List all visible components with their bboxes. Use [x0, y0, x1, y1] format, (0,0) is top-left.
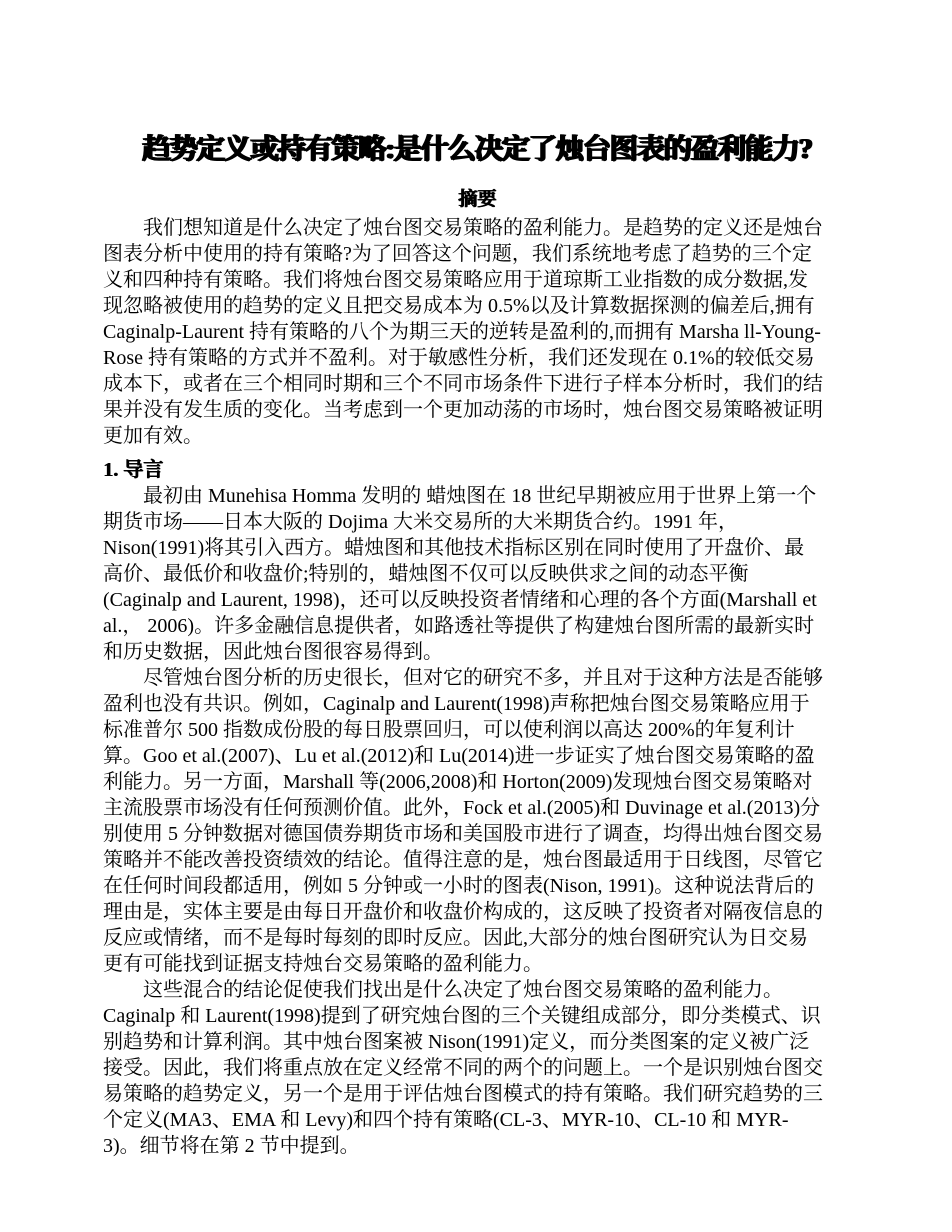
text-line: 别使用 5 分钟数据对德国债券期货市场和美国股市进行了调查，均得出烛台图交易: [103, 821, 851, 847]
text-line: (Caginalp and Laurent, 1998)，还可以反映投资者情绪和…: [103, 587, 851, 613]
paper-title: 趋势定义或持有策略:是什么决定了烛台图表的盈利能力?: [103, 133, 851, 167]
text-line: 反应或情绪，而不是每时每刻的即时反应。因此,大部分的烛台图研究认为日交易: [103, 925, 851, 951]
text-line: 现忽略被使用的趋势的定义且把交易成本为 0.5%以及计算数据探测的偏差后,拥有: [103, 293, 851, 319]
text-line: 3)。细节将在第 2 节中提到。: [103, 1133, 851, 1159]
text-line: 更有可能找到证据支持烛台交易策略的盈利能力。: [103, 951, 851, 977]
text-line: 成本下，或者在三个相同时期和三个不同市场条件下进行子样本分析时，我们的结: [103, 371, 851, 397]
text-line: 最初由 Munehisa Homma 发明的 蜡烛图在 18 世纪早期被应用于世…: [103, 483, 851, 509]
text-line: 个定义(MA3、EMA 和 Levy)和四个持有策略(CL-3、MYR-10、C…: [103, 1107, 851, 1133]
abstract-heading: 摘要: [103, 187, 851, 213]
text-line: Caginalp 和 Laurent(1998)提到了研究烛台图的三个关键组成部…: [103, 1003, 851, 1029]
text-line: Caginalp-Laurent 持有策略的八个为期三天的逆转是盈利的,而拥有 …: [103, 319, 851, 345]
text-line: 我们想知道是什么决定了烛台图交易策略的盈利能力。是趋势的定义还是烛台: [103, 215, 851, 241]
text-line: 利能力。另一方面，Marshall 等(2006,2008)和 Horton(2…: [103, 769, 851, 795]
text-line: 策略并不能改善投资绩效的结论。值得注意的是，烛台图最适用于日线图，尽管它: [103, 847, 851, 873]
text-line: 果并没有发生质的变化。当考虑到一个更加动荡的市场时，烛台图交易策略被证明: [103, 397, 851, 423]
text-line: 盈利也没有共识。例如，Caginalp and Laurent(1998)声称把…: [103, 691, 851, 717]
intro-paragraph-2: 尽管烛台图分析的历史很长，但对它的研究不多，并且对于这种方法是否能够盈利也没有共…: [103, 665, 851, 977]
document-content: 趋势定义或持有策略:是什么决定了烛台图表的盈利能力? 摘要 我们想知道是什么决定…: [103, 133, 851, 1159]
text-line: 尽管烛台图分析的历史很长，但对它的研究不多，并且对于这种方法是否能够: [103, 665, 851, 691]
text-line: 易策略的趋势定义，另一个是用于评估烛台图模式的持有策略。我们研究趋势的三: [103, 1081, 851, 1107]
text-line: 图表分析中使用的持有策略?为了回答这个问题，我们系统地考虑了趋势的三个定: [103, 241, 851, 267]
text-line: 更加有效。: [103, 423, 851, 449]
text-line: Nison(1991)将其引入西方。蜡烛图和其他技术指标区别在同时使用了开盘价、…: [103, 535, 851, 561]
text-line: 标准普尔 500 指数成份股的每日股票回归，可以使利润以高达 200%的年复利计: [103, 717, 851, 743]
section-heading-introduction: 1. 导言: [103, 457, 851, 483]
text-line: 别趋势和计算利润。其中烛台图案被 Nison(1991)定义，而分类图案的定义被…: [103, 1029, 851, 1055]
text-line: 期货市场——日本大阪的 Dojima 大米交易所的大米期货合约。1991 年，: [103, 509, 851, 535]
document-page: 趋势定义或持有策略:是什么决定了烛台图表的盈利能力? 摘要 我们想知道是什么决定…: [0, 0, 952, 1232]
abstract-paragraph: 我们想知道是什么决定了烛台图交易策略的盈利能力。是趋势的定义还是烛台图表分析中使…: [103, 215, 851, 449]
text-line: 和历史数据，因此烛台图很容易得到。: [103, 639, 851, 665]
text-line: 义和四种持有策略。我们将烛台图交易策略应用于道琼斯工业指数的成分数据,发: [103, 267, 851, 293]
text-line: 理由是，实体主要是由每日开盘价和收盘价构成的，这反映了投资者对隔夜信息的: [103, 899, 851, 925]
text-line: al.， 2006)。许多金融信息提供者，如路透社等提供了构建烛台图所需的最新实…: [103, 613, 851, 639]
text-line: 这些混合的结论促使我们找出是什么决定了烛台图交易策略的盈利能力。: [103, 977, 851, 1003]
text-line: 主流股票市场没有任何预测价值。此外，Fock et al.(2005)和 Duv…: [103, 795, 851, 821]
text-line: 接受。因此，我们将重点放在定义经常不同的两个的问题上。一个是识别烛台图交: [103, 1055, 851, 1081]
intro-paragraph-3: 这些混合的结论促使我们找出是什么决定了烛台图交易策略的盈利能力。Caginalp…: [103, 977, 851, 1159]
text-line: 高价、最低价和收盘价;特别的，蜡烛图不仅可以反映供求之间的动态平衡: [103, 561, 851, 587]
text-line: 算。Goo et al.(2007)、Lu et al.(2012)和 Lu(2…: [103, 743, 851, 769]
intro-paragraph-1: 最初由 Munehisa Homma 发明的 蜡烛图在 18 世纪早期被应用于世…: [103, 483, 851, 665]
text-line: 在任何时间段都适用，例如 5 分钟或一小时的图表(Nison, 1991)。这种…: [103, 873, 851, 899]
text-line: Rose 持有策略的方式并不盈利。对于敏感性分析，我们还发现在 0.1%的较低交…: [103, 345, 851, 371]
